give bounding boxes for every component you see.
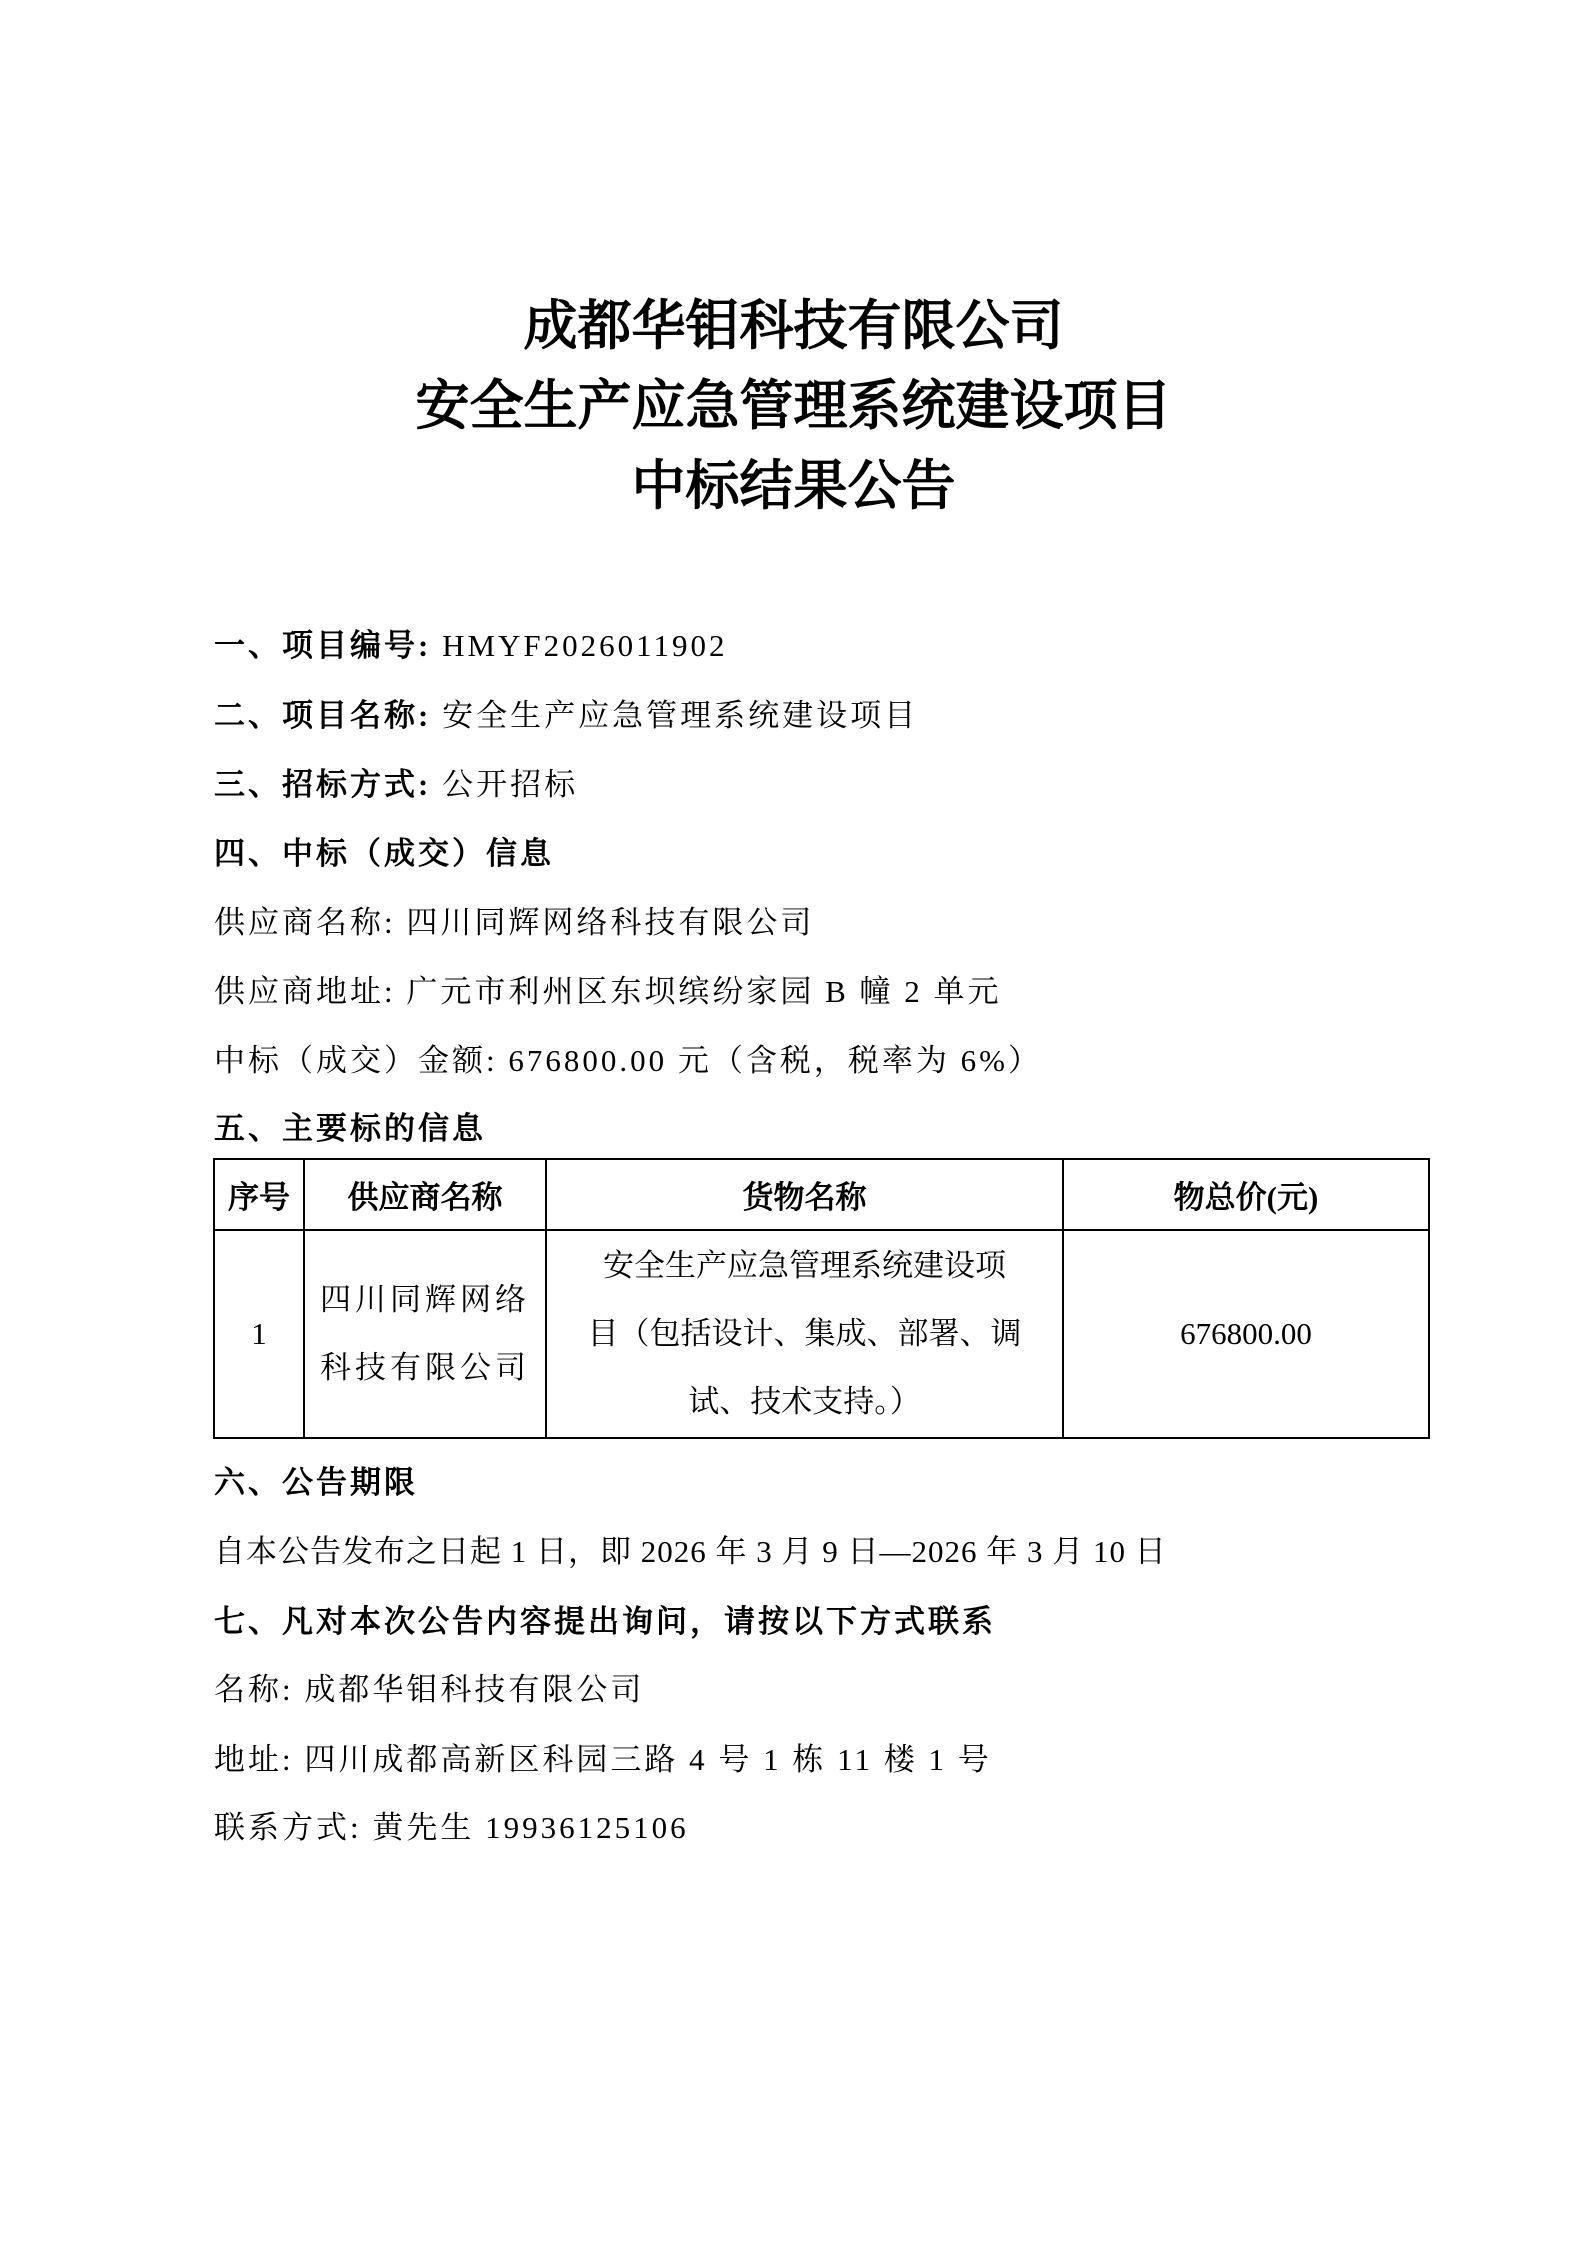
contact-name-line: 名称: 成都华钼科技有限公司	[214, 1670, 644, 1710]
project-number-line: 一、项目编号: HMYF2026011902	[214, 626, 728, 666]
cell-supplier-line2: 科技有限公司	[305, 1334, 545, 1402]
cell-goods-line1: 安全生产应急管理系统建设项	[547, 1232, 1062, 1300]
award-amount-line: 中标（成交）金额: 676800.00 元（含税，税率为 6%）	[214, 1041, 1042, 1081]
contact-address-label: 地址:	[214, 1742, 294, 1777]
table-header-row: 序号 供应商名称 货物名称 物总价(元)	[214, 1159, 1429, 1230]
supplier-name-label: 供应商名称:	[214, 905, 396, 940]
cell-supplier-line1: 四川同辉网络	[305, 1266, 545, 1334]
contact-address-line: 地址: 四川成都高新区科园三路 4 号 1 栋 11 楼 1 号	[214, 1740, 992, 1780]
tender-method-label: 三、招标方式:	[214, 767, 431, 802]
header-total: 物总价(元)	[1063, 1159, 1429, 1230]
cell-total: 676800.00	[1063, 1230, 1429, 1438]
supplier-address-value: 广元市利州区东坝缤纷家园 B 幢 2 单元	[406, 974, 1001, 1009]
cell-supplier: 四川同辉网络 科技有限公司	[304, 1230, 546, 1438]
cell-goods: 安全生产应急管理系统建设项 目（包括设计、集成、部署、调 试、技术支持。）	[546, 1230, 1063, 1438]
header-supplier: 供应商名称	[304, 1159, 546, 1230]
main-info-heading: 五、主要标的信息	[214, 1109, 486, 1149]
tender-method-line: 三、招标方式: 公开招标	[214, 765, 578, 805]
supplier-address-label: 供应商地址:	[214, 974, 396, 1009]
award-info-heading: 四、中标（成交）信息	[214, 834, 554, 874]
cell-goods-line2: 目（包括设计、集成、部署、调	[547, 1300, 1062, 1368]
supplier-name-line: 供应商名称: 四川同辉网络科技有限公司	[214, 903, 814, 943]
tender-method-value: 公开招标	[442, 767, 578, 802]
project-name-line: 二、项目名称: 安全生产应急管理系统建设项目	[214, 696, 918, 736]
notice-period-heading: 六、公告期限	[214, 1463, 418, 1503]
title-company: 成都华钼科技有限公司	[0, 285, 1587, 365]
document-title: 成都华钼科技有限公司 安全生产应急管理系统建设项目 中标结果公告	[0, 285, 1587, 525]
cell-goods-line3: 试、技术支持。）	[547, 1368, 1062, 1436]
award-amount-value: 676800.00 元（含税，税率为 6%）	[508, 1043, 1042, 1078]
contact-name-value: 成都华钼科技有限公司	[304, 1672, 644, 1707]
supplier-address-line: 供应商地址: 广元市利州区东坝缤纷家园 B 幢 2 单元	[214, 972, 1002, 1012]
project-name-label: 二、项目名称:	[214, 698, 431, 733]
header-goods: 货物名称	[546, 1159, 1063, 1230]
project-name-value: 安全生产应急管理系统建设项目	[442, 698, 918, 733]
project-number-value: HMYF2026011902	[442, 628, 727, 663]
contact-method-value: 黄先生 19936125106	[372, 1810, 688, 1845]
title-announcement: 中标结果公告	[0, 445, 1587, 525]
award-amount-label: 中标（成交）金额:	[214, 1043, 498, 1078]
header-index: 序号	[214, 1159, 304, 1230]
table-row: 1 四川同辉网络 科技有限公司 安全生产应急管理系统建设项 目（包括设计、集成、…	[214, 1230, 1429, 1438]
notice-period-text: 自本公告发布之日起 1 日，即 2026 年 3 月 9 日—2026 年 3 …	[214, 1532, 1167, 1572]
contact-address-value: 四川成都高新区科园三路 4 号 1 栋 11 楼 1 号	[304, 1742, 991, 1777]
contact-name-label: 名称:	[214, 1672, 294, 1707]
supplier-name-value: 四川同辉网络科技有限公司	[406, 905, 814, 940]
contact-heading: 七、凡对本次公告内容提出询问，请按以下方式联系	[214, 1602, 996, 1642]
contact-method-label: 联系方式:	[214, 1810, 362, 1845]
award-table: 序号 供应商名称 货物名称 物总价(元) 1 四川同辉网络 科技有限公司 安全生…	[213, 1158, 1430, 1439]
contact-method-line: 联系方式: 黄先生 19936125106	[214, 1808, 689, 1848]
cell-index: 1	[214, 1230, 304, 1438]
project-number-label: 一、项目编号:	[214, 628, 431, 663]
title-project: 安全生产应急管理系统建设项目	[0, 365, 1587, 445]
